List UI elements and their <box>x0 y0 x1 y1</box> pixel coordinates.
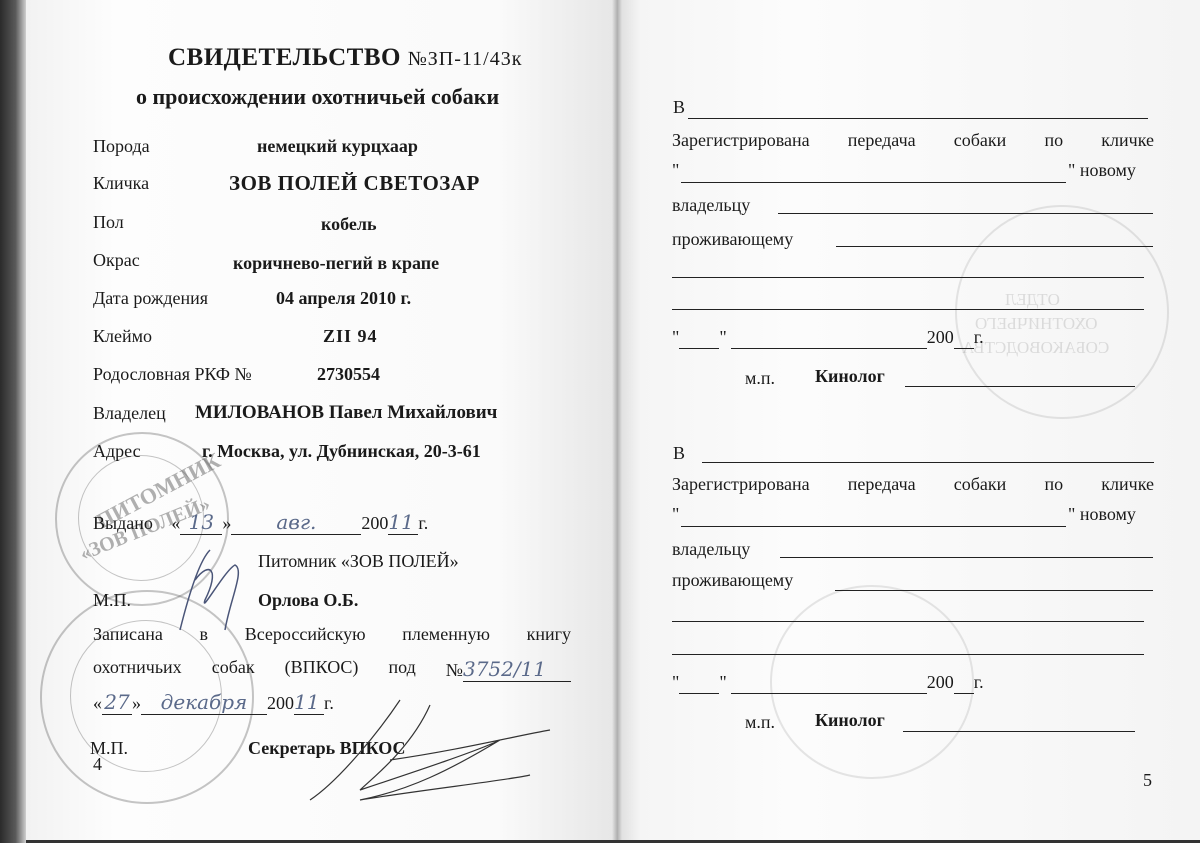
field-label-color: Окрас <box>93 250 140 271</box>
registry-word: книгу <box>527 624 571 645</box>
transfer-word: передача <box>848 474 916 495</box>
transfer-word: по <box>1044 130 1063 151</box>
field-value-sex: кобель <box>321 214 377 235</box>
transfer-word: передача <box>848 130 916 151</box>
transfer-seal-label: м.п. <box>745 368 775 389</box>
transfer-residing-label: проживающему <box>672 570 793 591</box>
registry-number-prefix: № <box>446 660 463 680</box>
date-close-quote: " <box>719 672 726 692</box>
transfer-address-field-3[interactable] <box>672 309 1144 310</box>
transfer-date: " " 200 г. <box>672 327 984 349</box>
date-year-unit: г. <box>974 672 984 692</box>
issued-month: авг. <box>231 510 361 535</box>
date-month-field[interactable] <box>731 672 927 694</box>
date-day-field[interactable] <box>679 672 719 694</box>
ghost-stamp-text-2: ОХОТНИЧЬЕГО <box>975 314 1097 334</box>
date-year-field[interactable] <box>954 327 974 349</box>
transfer-address-field-3[interactable] <box>672 654 1144 655</box>
field-label-breed: Порода <box>93 136 150 157</box>
field-value-owner: МИЛОВАНОВ Павел Михайлович <box>195 402 497 424</box>
page-number-left: 4 <box>93 754 102 775</box>
issued-close-quote: » <box>222 513 231 533</box>
field-label-pedigree: Родословная РКФ № <box>93 364 252 385</box>
field-label-birth-date: Дата рождения <box>93 288 208 309</box>
transfer-date: " " 200 г. <box>672 672 984 694</box>
field-value-color: коричнево-пегий в крапе <box>233 253 439 274</box>
registry-month: декабря <box>141 690 267 715</box>
signature-secretary <box>300 690 560 810</box>
certificate-number: №ЗП-11/43к <box>408 48 523 70</box>
transfer-owner-field[interactable] <box>778 213 1153 214</box>
transfer-open-quote: " <box>672 160 679 181</box>
field-value-breed: немецкий курцхаар <box>257 136 418 157</box>
ghost-stamp-text-1: ОТДЕЛ <box>1005 290 1060 310</box>
transfer-word: собаки <box>954 130 1007 151</box>
signature-breeder <box>150 540 270 640</box>
title-text: СВИДЕТЕЛЬСТВО <box>168 44 401 71</box>
field-label-name: Кличка <box>93 173 149 194</box>
registry-close-quote: » <box>132 693 141 713</box>
field-label-sex: Пол <box>93 212 124 233</box>
transfer-signature-field[interactable] <box>903 731 1135 732</box>
date-month-field[interactable] <box>731 327 927 349</box>
book-spine <box>612 0 622 843</box>
date-day-field[interactable] <box>679 327 719 349</box>
registry-year-prefix: 200 <box>267 693 294 713</box>
transfer-word: собаки <box>954 474 1007 495</box>
issued-line: Выдано «13»авг.20011г. <box>93 510 428 535</box>
registry-word: племенную <box>402 624 490 645</box>
ghost-stamp-text-3: СОБАКОВОДСТВА <box>962 338 1109 358</box>
transfer-prefix: В <box>673 97 685 118</box>
transfer-registered-line: Зарегистрирована передача собаки по клич… <box>672 474 1154 495</box>
transfer-owner-label: владельцу <box>672 195 750 216</box>
certificate-title: СВИДЕТЕЛЬСТВО №ЗП-11/43к <box>168 44 522 72</box>
transfer-prefix: В <box>673 443 685 464</box>
page-number-right: 5 <box>1143 770 1152 791</box>
registry-day: 27 <box>102 690 132 715</box>
issued-day: 13 <box>180 510 222 535</box>
transfer-address-field-2[interactable] <box>672 621 1144 622</box>
transfer-dog-name-field[interactable] <box>681 526 1066 527</box>
transfer-dog-name-field[interactable] <box>681 182 1066 183</box>
registry-line-2: охотничьих собак (ВПКОС) под №3752/11 <box>93 657 571 682</box>
registry-date: «27»декабря20011г. <box>93 690 334 715</box>
transfer-word: кличке <box>1101 130 1154 151</box>
signatory-breeder: Орлова О.Б. <box>258 590 358 611</box>
transfer-field-line[interactable] <box>702 462 1154 463</box>
transfer-address-field-2[interactable] <box>672 277 1144 278</box>
transfer-owner-label: владельцу <box>672 539 750 560</box>
seal-label-1: М.П. <box>93 590 131 611</box>
issued-year-prefix: 200 <box>361 513 388 533</box>
transfer-new-label: новому <box>1080 504 1136 524</box>
transfer-word: по <box>1044 474 1063 495</box>
transfer-signature-field[interactable] <box>905 386 1135 387</box>
date-open-quote: " <box>672 327 679 347</box>
date-close-quote: " <box>719 327 726 347</box>
field-value-birth-date: 04 апреля 2010 г. <box>276 288 411 309</box>
transfer-signatory: Кинолог <box>815 366 885 387</box>
field-value-name: ЗОВ ПОЛЕЙ СВЕТОЗАР <box>229 171 480 196</box>
date-open-quote: " <box>672 672 679 692</box>
date-year-prefix: 200 <box>927 672 954 692</box>
issued-year-unit: г. <box>418 513 428 533</box>
transfer-word: Зарегистрирована <box>672 130 810 151</box>
scan-border <box>0 0 26 843</box>
field-value-address: г. Москва, ул. Дубнинская, 20-3-61 <box>202 441 481 462</box>
transfer-word: Зарегистрирована <box>672 474 810 495</box>
issued-label: Выдано <box>93 513 153 533</box>
date-year-prefix: 200 <box>927 327 954 347</box>
registry-open-quote: « <box>93 693 102 713</box>
kennel-name: Питомник «ЗОВ ПОЛЕЙ» <box>258 551 459 572</box>
issued-open-quote: « <box>171 513 180 533</box>
field-label-tattoo: Клеймо <box>93 326 152 347</box>
transfer-word: кличке <box>1101 474 1154 495</box>
transfer-field-line[interactable] <box>688 118 1148 119</box>
transfer-registered-line: Зарегистрирована передача собаки по клич… <box>672 130 1154 151</box>
transfer-close-quote: " <box>1068 160 1075 180</box>
transfer-address-field[interactable] <box>836 246 1153 247</box>
date-year-unit: г. <box>974 327 984 347</box>
transfer-new-label: новому <box>1080 160 1136 180</box>
transfer-close-quote: " <box>1068 504 1075 524</box>
transfer-signatory: Кинолог <box>815 710 885 731</box>
transfer-residing-label: проживающему <box>672 229 793 250</box>
registry-word: (ВПКОС) <box>285 657 359 682</box>
transfer-owner-field[interactable] <box>780 557 1153 558</box>
registry-word: охотничьих <box>93 657 182 682</box>
certificate-subtitle: о происхождении охотничьей собаки <box>136 84 499 110</box>
field-value-tattoo: ZII 94 <box>323 326 378 347</box>
transfer-open-quote: " <box>672 504 679 525</box>
field-value-pedigree: 2730554 <box>317 364 380 385</box>
date-year-field[interactable] <box>954 672 974 694</box>
transfer-new-owner-label: " новому <box>1068 504 1136 525</box>
registry-word: под <box>388 657 415 682</box>
passport-spread: ПИТОМНИК «ЗОВ ПОЛЕЙ» СВИДЕТЕЛЬСТВО №ЗП-1… <box>0 0 1200 843</box>
transfer-seal-label: м.п. <box>745 712 775 733</box>
registry-word: собак <box>212 657 255 682</box>
registry-number: 3752/11 <box>463 657 571 682</box>
field-label-address: Адрес <box>93 441 141 462</box>
transfer-new-owner-label: " новому <box>1068 160 1136 181</box>
transfer-address-field[interactable] <box>835 590 1153 591</box>
field-label-owner: Владелец <box>93 403 166 424</box>
registry-number-group: №3752/11 <box>446 657 571 682</box>
issued-year-suffix: 11 <box>388 510 418 535</box>
